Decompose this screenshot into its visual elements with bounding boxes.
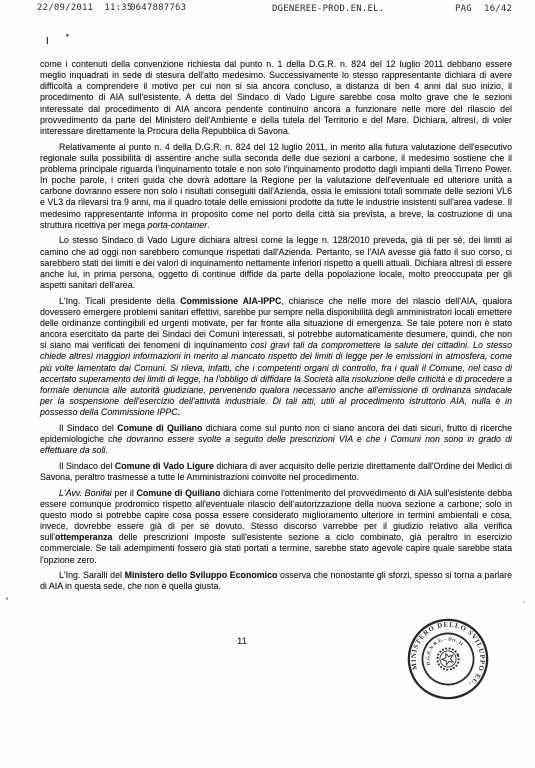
fax-number: 0647887763: [130, 3, 186, 13]
paragraph-segment: Il Sindaco del: [59, 423, 117, 433]
stamp-group: MINISTERO DELLO SVILUPPO EC. D.G.E.N.R.E…: [397, 608, 499, 710]
paragraph-segment: Ministero dello Sviluppo Economico: [125, 570, 278, 580]
paragraph: Relativamente al punto n. 4 della D.G.R.…: [40, 142, 512, 231]
scan-speck: [523, 601, 525, 603]
paragraph-segment: per il: [112, 488, 137, 498]
paragraph-segment: così gravi tali da compromettere la salu…: [40, 340, 512, 417]
paragraph-segment: Il Sindaco del: [59, 461, 115, 471]
paragraph-segment: L'Ing. Saralli del: [59, 570, 125, 580]
paragraph: Il Sindaco del Comune di Vado Ligure dic…: [40, 461, 512, 483]
paragraph-segment: Relativamente al punto n. 4 della D.G.R.…: [40, 142, 512, 230]
fax-page-label: PAG: [455, 4, 472, 14]
ministry-stamp: MINISTERO DELLO SVILUPPO EC. D.G.E.N.R.E…: [397, 608, 499, 710]
paragraph-segment: porta-container: [148, 220, 207, 230]
margin-dot-mark: •: [66, 31, 69, 40]
fax-header: 22/09/2011 11:35 0647887763 DGENEREE-PRO…: [0, 3, 535, 17]
paragraph-segment: che dovranno essere svolte a seguito del…: [40, 434, 512, 455]
paragraph-segment: ottemperanza: [55, 532, 113, 542]
stamp-outer-textpath: MINISTERO DELLO SVILUPPO EC.: [399, 610, 496, 706]
paragraph-segment: Commissione AIA-IPPC: [180, 296, 281, 306]
paragraph-segment: .: [207, 220, 209, 230]
paragraph-segment: L'Ing. Ticali presidente della: [59, 296, 180, 306]
paragraph-segment: Comune di Quiliano: [117, 423, 202, 433]
state-emblem-icon: [434, 645, 462, 673]
paragraph: come i contenuti della convenzione richi…: [40, 59, 512, 137]
fax-page-count: 16/42: [484, 4, 512, 14]
paragraph-segment: come i contenuti della convenzione richi…: [40, 59, 512, 136]
fax-datetime: 22/09/2011 11:35: [37, 3, 133, 13]
scan-speck: [6, 597, 8, 600]
paragraph-segment: Comune di Vado Ligure: [115, 461, 214, 471]
paragraph: L'Ing. Saralli del Ministero dello Svilu…: [40, 570, 512, 592]
margin-tick-mark: I: [46, 36, 48, 47]
paragraph: L'Ing. Ticali presidente della Commissio…: [40, 296, 512, 419]
document-body: come i contenuti della convenzione richi…: [40, 59, 512, 597]
paragraph: Lo stesso Sindaco di Vado Ligure dichiar…: [40, 235, 512, 291]
paragraph-segment: Comune di Quiliano: [136, 488, 220, 498]
paragraph: L'Avv. Bonifai per il Comune di Quiliano…: [40, 488, 512, 566]
paragraph-segment: L'Avv. Bonifai: [59, 488, 112, 498]
paragraph: Il Sindaco del Comune di Quiliano dichia…: [40, 423, 512, 456]
page-number: 11: [237, 636, 247, 647]
stamp-outer-text: MINISTERO DELLO SVILUPPO EC.: [399, 610, 496, 706]
paragraph-segment: Lo stesso Sindaco di Vado Ligure dichiar…: [40, 235, 512, 290]
fax-sender: DGENEREE-PROD.EN.EL.: [272, 4, 384, 14]
